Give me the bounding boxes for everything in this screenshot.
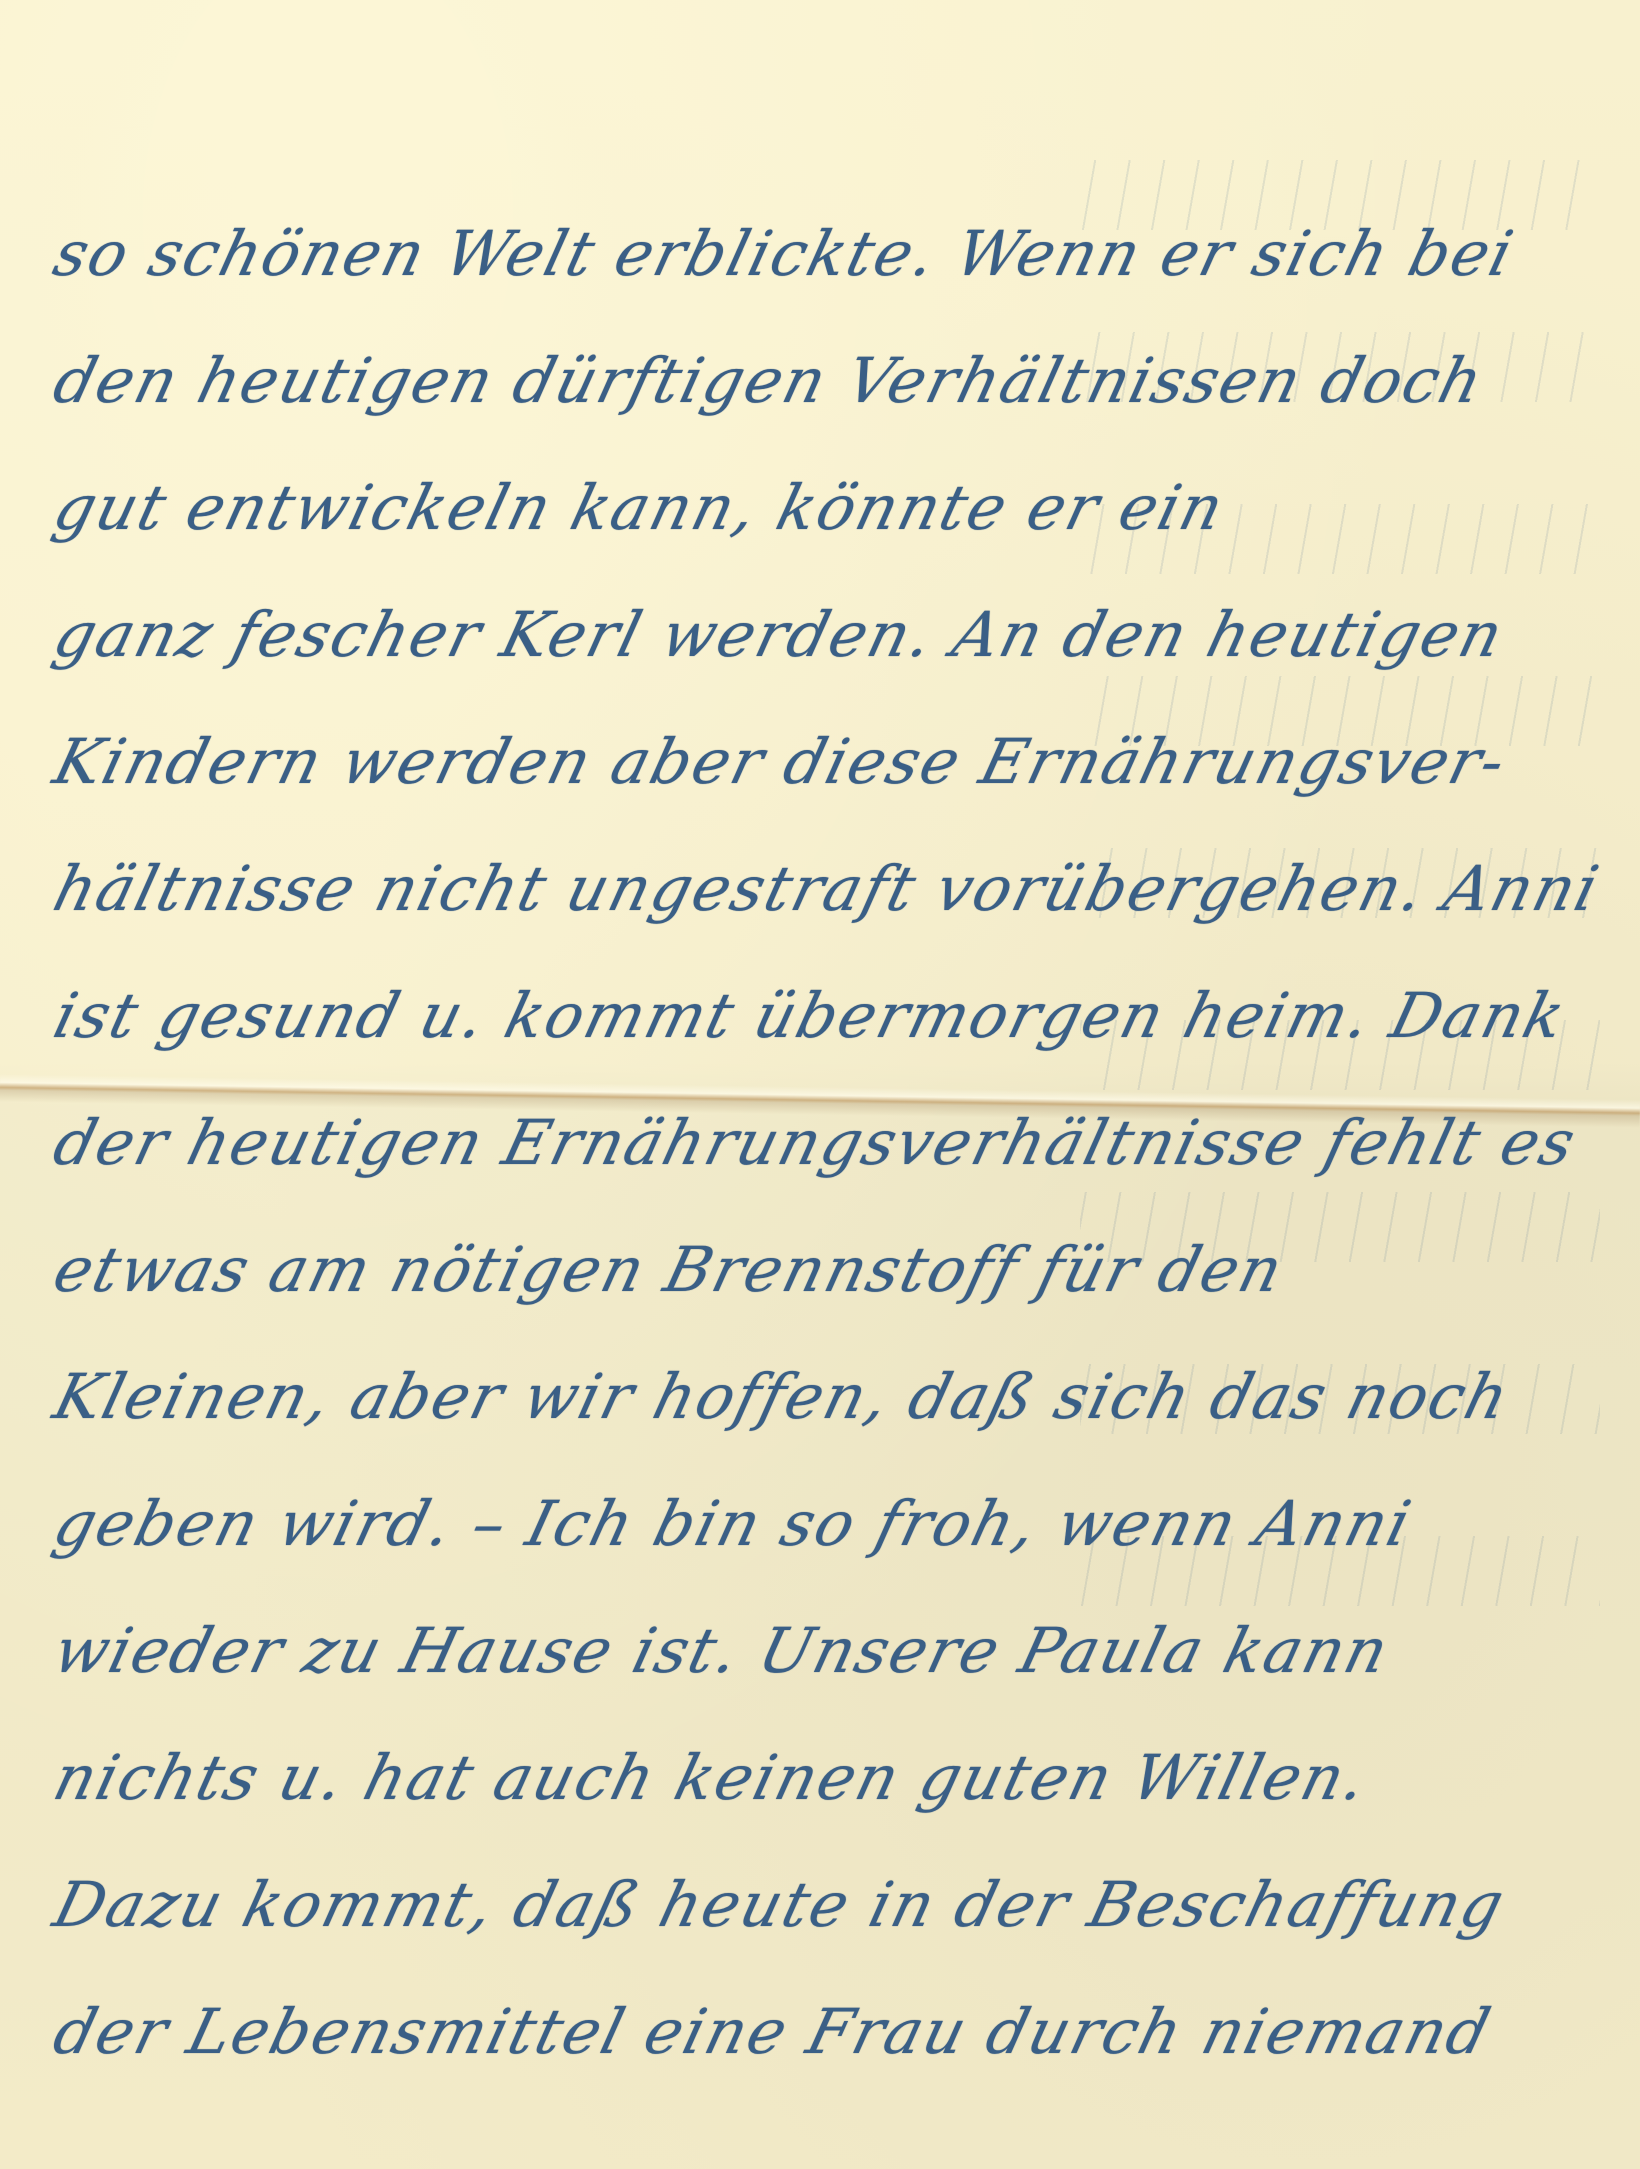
letter-line-14: Dazu kommt, daß heute in der Beschaffung	[40, 1841, 1632, 1968]
letter-line-7: ist gesund u. kommt übermorgen heim. Dan…	[40, 952, 1632, 1079]
letter-line-15: der Lebensmittel eine Frau durch niemand	[40, 1968, 1632, 2095]
letter-line-5: Kindern werden aber diese Ernährungsver-	[40, 698, 1632, 825]
letter-line-11: geben wird. – Ich bin so froh, wenn Anni	[40, 1460, 1632, 1587]
letter-line-9: etwas am nötigen Brennstoff für den	[40, 1206, 1632, 1333]
letter-line-10: Kleinen, aber wir hoffen, daß sich das n…	[40, 1333, 1632, 1460]
letter-line-6: hältnisse nicht ungestraft vorübergehen.…	[40, 825, 1632, 952]
handwritten-letter-body: so schönen Welt erblickte. Wenn er sich …	[40, 190, 1600, 2095]
letter-line-4: ganz fescher Kerl werden. An den heutige…	[40, 571, 1632, 698]
letter-line-1: so schönen Welt erblickte. Wenn er sich …	[40, 190, 1632, 317]
letter-page: so schönen Welt erblickte. Wenn er sich …	[0, 0, 1640, 2169]
letter-line-2: den heutigen dürftigen Verhältnissen doc…	[40, 317, 1632, 444]
letter-line-12: wieder zu Hause ist. Unsere Paula kann	[40, 1587, 1632, 1714]
letter-line-13: nichts u. hat auch keinen guten Willen.	[40, 1714, 1632, 1841]
letter-line-3: gut entwickeln kann, könnte er ein	[40, 444, 1632, 571]
letter-line-8: der heutigen Ernährungsverhältnisse fehl…	[40, 1079, 1632, 1206]
